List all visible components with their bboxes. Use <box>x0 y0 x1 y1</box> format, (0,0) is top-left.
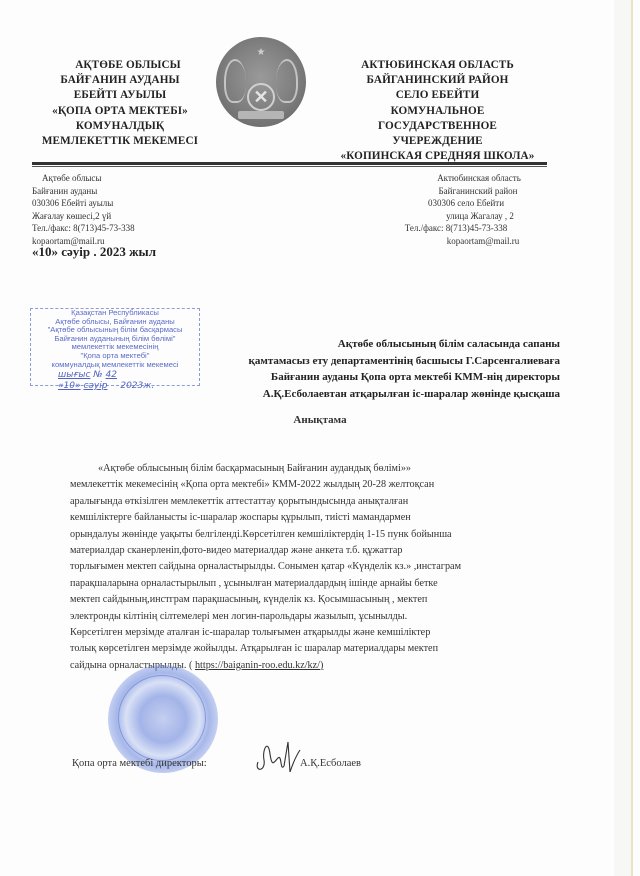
registration-stamp-text: Қазақстан Республикасы Ақтөбе облысы, Ба… <box>30 309 200 369</box>
signer-name: А.Қ.Есболаев <box>300 758 361 769</box>
body-line: торлығымен мектеп сайдына орналастырылды… <box>70 559 555 575</box>
official-seal-icon <box>108 665 218 773</box>
address-email: kopaortam@mail.ru <box>400 235 530 248</box>
stamp-handwritten-fields: шығыс № 42 «10» сәуір 2023ж. <box>58 370 154 392</box>
address-phone: Тел./факс: 8(713)45-73-338 <box>32 222 135 235</box>
stamp-date-year: 2023ж. <box>120 381 154 391</box>
body-line: мектеп сайдының,инстграм парақшасының, к… <box>70 592 555 608</box>
address-line: улица Жагалау , 2 <box>400 210 530 223</box>
address-line: Байғанин ауданы <box>32 185 135 198</box>
stamp-outgoing-label: шығыс <box>58 370 90 380</box>
address-line: Байганинский район <box>400 185 530 198</box>
letterhead-divider <box>32 162 547 167</box>
emblem-wing-right <box>276 59 298 103</box>
body-line: толық көрсетілген мерзімде жойылды. Атқа… <box>70 641 555 657</box>
handwritten-signature-icon <box>252 732 302 778</box>
scan-edge-line <box>631 0 633 876</box>
body-line: Көрсетілген мерзімде аталған іс-шаралар … <box>70 625 555 641</box>
letterhead-line: БАЙГАНИНСКИЙ РАЙОН <box>330 73 545 88</box>
document-body: «Ақтөбе облысының білім басқармасының Ба… <box>70 461 555 674</box>
body-line: «Ақтөбе облысының білім басқармасының Ба… <box>70 461 555 477</box>
addressee-line: Ақтөбе облысының білім саласында сапаны <box>249 336 560 353</box>
letterhead-line: ЕБЕЙТІ АУЫЛЫ <box>30 88 210 103</box>
body-line: кемшіліктерге байланысты іс-шаралар жосп… <box>70 510 555 526</box>
signature-position: Қопа орта мектебі директоры: <box>72 758 207 769</box>
address-line: Ақтөбе облысы <box>32 172 135 185</box>
letterhead-line: КОМУНАЛЬНОЕ <box>330 104 545 119</box>
body-line: мемлекеттік мекемесінің «Қопа орта мекте… <box>70 477 555 493</box>
address-kazakh: Ақтөбе облысы Байғанин ауданы 030306 Ебе… <box>32 172 135 248</box>
addressee-line: қамтамасыз ету департаментінің басшысы Г… <box>249 353 560 370</box>
emblem-star-icon: ★ <box>256 47 266 58</box>
letterhead-line: ГОСУДАРСТВЕННОЕ <box>330 119 545 134</box>
stamp-date-day: «10» <box>58 381 81 391</box>
body-line: электронды кілтінің сілтемелері мен логи… <box>70 609 555 625</box>
letterhead-line: «ҚОПА ОРТА МЕКТЕБІ» <box>30 104 210 119</box>
letterhead-line: БАЙҒАНИН АУДАНЫ <box>30 73 210 88</box>
scan-edge-shade <box>614 0 631 876</box>
address-line: Жағалау көшесі,2 үй <box>32 210 135 223</box>
stamp-line: коммуналдық мемлекеттік мекемесі <box>30 361 200 370</box>
body-line: материалдар сканерленіп,фото-видео матер… <box>70 543 555 559</box>
address-line: 030306 Ебейті ауылы <box>32 197 135 210</box>
stamp-number: 42 <box>106 370 117 380</box>
body-line: аралығында өткізілген мемлекеттік аттест… <box>70 494 555 510</box>
body-line: парақшаларына орналастырылып , ұсынылған… <box>70 576 555 592</box>
letter-date: «10» сәуір . 2023 жыл <box>32 244 156 260</box>
stamp-number-label: № <box>93 370 102 380</box>
letter-page: АҚТӨБЕ ОБЛЫСЫ БАЙҒАНИН АУДАНЫ ЕБЕЙТІ АУЫ… <box>0 0 640 876</box>
letterhead-kazakh: АҚТӨБЕ ОБЛЫСЫ БАЙҒАНИН АУДАНЫ ЕБЕЙТІ АУЫ… <box>30 58 210 149</box>
letterhead-line: АКТЮБИНСКАЯ ОБЛАСТЬ <box>330 58 545 73</box>
letterhead-line: АҚТӨБЕ ОБЛЫСЫ <box>30 58 210 73</box>
letterhead-russian: АКТЮБИНСКАЯ ОБЛАСТЬ БАЙГАНИНСКИЙ РАЙОН С… <box>330 58 545 164</box>
state-emblem-icon: ★ ✕ <box>216 37 306 127</box>
addressee-block: Ақтөбе облысының білім саласында сапаны … <box>249 336 560 402</box>
letterhead-line: УЧЕРЕЖДЕНИЕ <box>330 134 545 149</box>
emblem-shanyrak-cross-icon: ✕ <box>252 88 270 106</box>
document-title: Анықтама <box>0 414 640 426</box>
emblem-wing-left <box>224 59 246 103</box>
address-phone: Тел./факс: 8(713)45-73-338 <box>382 222 530 235</box>
addressee-line: А.Қ.Есболаевтан атқарылған іс-шаралар жө… <box>249 386 560 403</box>
letterhead-line: МЕМЛЕКЕТТІК МЕКЕМЕСІ <box>30 134 210 149</box>
stamp-date-month: сәуір <box>83 381 107 391</box>
address-line: 030306 село Ебейти <box>400 197 530 210</box>
school-website-link[interactable]: https://baiganin-roo.edu.kz/kz/) <box>195 660 323 671</box>
letterhead-line: СЕЛО ЕБЕЙТИ <box>330 88 545 103</box>
letterhead-line: КОМУНАЛДЫҚ <box>30 119 210 134</box>
address-line: Актюбинская область <box>400 172 530 185</box>
body-line: орындалуы жөнінде уақыты белгіленді.Көрс… <box>70 527 555 543</box>
addressee-line: Байғанин ауданы Қопа орта мектебі КММ-ні… <box>249 369 560 386</box>
emblem-ribbon <box>238 111 284 119</box>
address-russian: Актюбинская область Байганинский район 0… <box>400 172 530 248</box>
